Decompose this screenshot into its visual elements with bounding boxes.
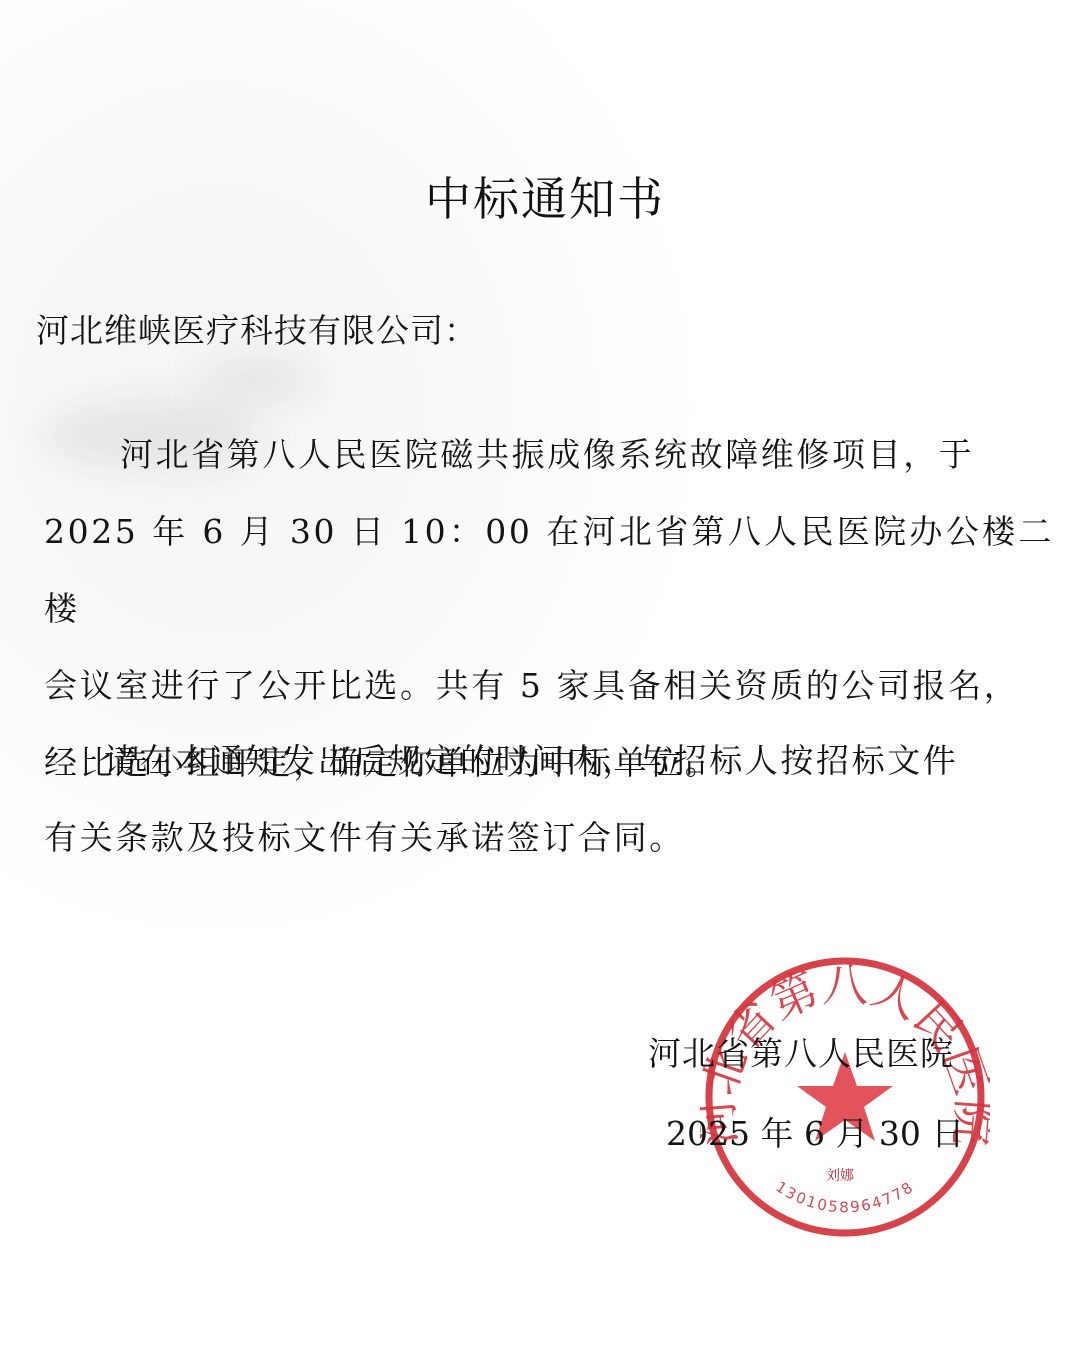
paragraph-line: 有关条款及投标文件有关承诺签订合同。: [44, 799, 1054, 876]
issuer-name: 河北省第八人民医院: [648, 1028, 954, 1075]
document-page: 中标通知书 河北维峡医疗科技有限公司： 河北省第八人民医院磁共振成像系统故障维修…: [0, 0, 1090, 1366]
addressee: 河北维峡医疗科技有限公司：: [36, 305, 478, 352]
paragraph-contract-instructions: 请在本通知发出后规定的时间内，与招标人按招标文件 有关条款及投标文件有关承诺签订…: [44, 722, 1054, 876]
paragraph-line: 请在本通知发出后规定的时间内，与招标人按招标文件: [44, 722, 1054, 799]
stamp-handwritten-mark: 刘娜: [826, 1168, 854, 1184]
official-seal-stamp: 河北省第八人民医院 1301058964778 刘娜: [700, 952, 990, 1242]
paragraph-line: 会议室进行了公开比选。共有 5 家具备相关资质的公司报名，: [44, 647, 1054, 724]
document-title: 中标通知书: [0, 163, 1090, 229]
paragraph-line: 2025 年 6 月 30 日 10：00 在河北省第八人民医院办公楼二楼: [44, 493, 1054, 647]
paragraph-line: 河北省第八人民医院磁共振成像系统故障维修项目，于: [44, 416, 1054, 493]
issue-date: 2025 年 6 月 30 日: [666, 1108, 964, 1155]
scan-smudge: [200, 360, 320, 400]
